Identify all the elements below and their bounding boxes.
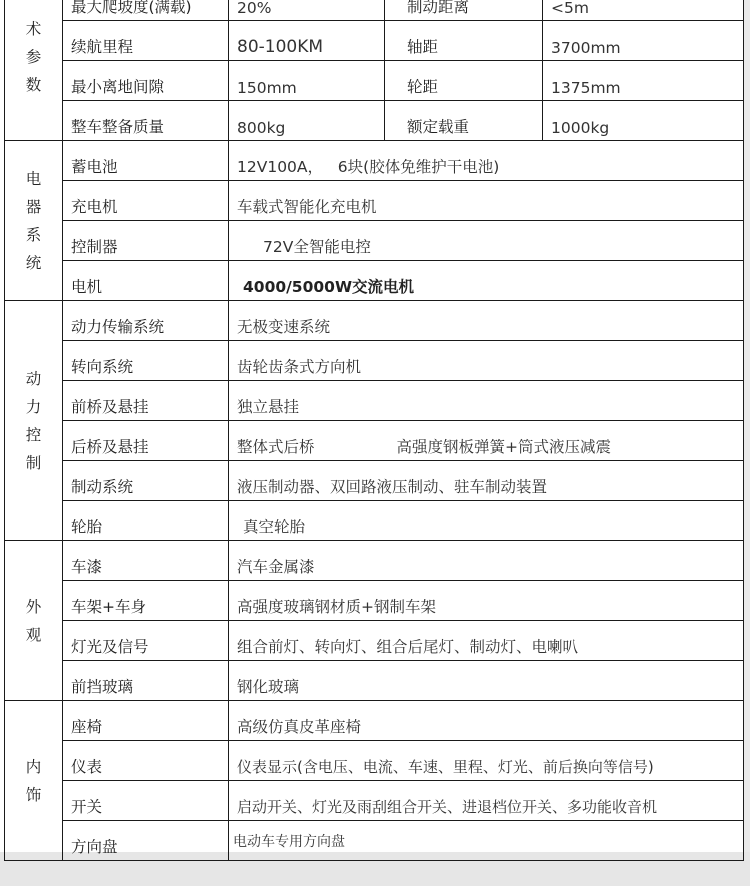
spec-value: 汽车金属漆 — [229, 541, 744, 581]
table-row: 制动系统 液压制动器、双回路液压制动、驻车制动装置 — [5, 461, 744, 501]
spec-value: 电动车专用方向盘 — [229, 821, 744, 861]
table-row: 续航里程 80-100KM 轴距 3700mm — [5, 21, 744, 61]
table-row: 内饰 座椅 高级仿真皮革座椅 — [5, 701, 744, 741]
spec-value: 整体式后桥高强度钢板弹簧+筒式液压减震 — [229, 421, 744, 461]
spec-value: 组合前灯、转向灯、组合后尾灯、制动灯、电喇叭 — [229, 621, 744, 661]
table-row: 前挡玻璃 钢化玻璃 — [5, 661, 744, 701]
spec-label: 电机 — [63, 261, 229, 301]
spec-value: 真空轮胎 — [229, 501, 744, 541]
spec-label: 座椅 — [63, 701, 229, 741]
spec-label: 额定载重 — [385, 101, 543, 141]
table-row: 最小离地间隙 150mm 轮距 1375mm — [5, 61, 744, 101]
spec-value: 800kg — [229, 101, 385, 141]
spec-label: 最大爬坡度(满载) — [63, 0, 229, 21]
table-row: 充电机 车载式智能化充电机 — [5, 181, 744, 221]
spec-value: 3700mm — [543, 21, 744, 61]
spec-label: 轮胎 — [63, 501, 229, 541]
spec-value: 启动开关、灯光及雨刮组合开关、进退档位开关、多功能收音机 — [229, 781, 744, 821]
spec-label: 前挡玻璃 — [63, 661, 229, 701]
category-interior: 内饰 — [5, 701, 63, 861]
spec-value: 独立悬挂 — [229, 381, 744, 421]
spec-value: 钢化玻璃 — [229, 661, 744, 701]
table-row: 开关 启动开关、灯光及雨刮组合开关、进退档位开关、多功能收音机 — [5, 781, 744, 821]
spec-label: 蓄电池 — [63, 141, 229, 181]
category-power-control: 动力控制 — [5, 301, 63, 541]
spec-label: 最小离地间隙 — [63, 61, 229, 101]
spec-value: 无极变速系统 — [229, 301, 744, 341]
spec-label: 充电机 — [63, 181, 229, 221]
spec-label: 仪表 — [63, 741, 229, 781]
table-row: 控制器 72V全智能电控 — [5, 221, 744, 261]
category-electrical: 电器系统 — [5, 141, 63, 301]
spec-value: 齿轮齿条式方向机 — [229, 341, 744, 381]
spec-label: 开关 — [63, 781, 229, 821]
spec-label: 轮距 — [385, 61, 543, 101]
spec-label: 转向系统 — [63, 341, 229, 381]
spec-label: 轴距 — [385, 21, 543, 61]
spec-label: 制动距离 — [385, 0, 543, 21]
spec-value: 1000kg — [543, 101, 744, 141]
category-exterior: 外观 — [5, 541, 63, 701]
spec-label: 车漆 — [63, 541, 229, 581]
spec-label: 前桥及悬挂 — [63, 381, 229, 421]
spec-value: 20% — [229, 0, 385, 21]
scroll-gutter — [744, 0, 750, 852]
spec-value: 高强度玻璃钢材质+钢制车架 — [229, 581, 744, 621]
table-row: 动力控制 动力传输系统 无极变速系统 — [5, 301, 744, 341]
spec-table: 术参数 最大爬坡度(满载) 20% 制动距离 <5m 续航里程 80-100KM… — [4, 0, 744, 861]
table-row: 前桥及悬挂 独立悬挂 — [5, 381, 744, 421]
table-row: 电器系统 蓄电池 12V100A， 6块(胶体免维护干电池) — [5, 141, 744, 181]
spec-value: 80-100KM — [229, 21, 385, 61]
table-row: 整车整备质量 800kg 额定载重 1000kg — [5, 101, 744, 141]
spec-value: 72V全智能电控 — [229, 221, 744, 261]
spec-label: 方向盘 — [63, 821, 229, 861]
spec-label: 控制器 — [63, 221, 229, 261]
table-row: 车架+车身 高强度玻璃钢材质+钢制车架 — [5, 581, 744, 621]
spec-value: 液压制动器、双回路液压制动、驻车制动装置 — [229, 461, 744, 501]
spec-value: 高级仿真皮革座椅 — [229, 701, 744, 741]
spec-value: 4000/5000W交流电机 — [229, 261, 744, 301]
spec-label: 动力传输系统 — [63, 301, 229, 341]
table-row: 方向盘 电动车专用方向盘 — [5, 821, 744, 861]
spec-value: 仪表显示(含电压、电流、车速、里程、灯光、前后换向等信号) — [229, 741, 744, 781]
spec-value: <5m — [543, 0, 744, 21]
table-row: 后桥及悬挂 整体式后桥高强度钢板弹簧+筒式液压减震 — [5, 421, 744, 461]
spec-label: 车架+车身 — [63, 581, 229, 621]
spec-value: 1375mm — [543, 61, 744, 101]
category-tech: 术参数 — [5, 0, 63, 141]
spec-value: 车载式智能化充电机 — [229, 181, 744, 221]
table-row: 仪表 仪表显示(含电压、电流、车速、里程、灯光、前后换向等信号) — [5, 741, 744, 781]
spec-value: 150mm — [229, 61, 385, 101]
spec-value: 12V100A， 6块(胶体免维护干电池) — [229, 141, 744, 181]
spec-label: 后桥及悬挂 — [63, 421, 229, 461]
table-row: 外观 车漆 汽车金属漆 — [5, 541, 744, 581]
spec-label: 整车整备质量 — [63, 101, 229, 141]
table-row: 轮胎 真空轮胎 — [5, 501, 744, 541]
spec-label: 制动系统 — [63, 461, 229, 501]
table-row: 术参数 最大爬坡度(满载) 20% 制动距离 <5m — [5, 0, 744, 21]
table-row: 灯光及信号 组合前灯、转向灯、组合后尾灯、制动灯、电喇叭 — [5, 621, 744, 661]
spec-label: 续航里程 — [63, 21, 229, 61]
spec-label: 灯光及信号 — [63, 621, 229, 661]
table-row: 转向系统 齿轮齿条式方向机 — [5, 341, 744, 381]
table-row: 电机 4000/5000W交流电机 — [5, 261, 744, 301]
